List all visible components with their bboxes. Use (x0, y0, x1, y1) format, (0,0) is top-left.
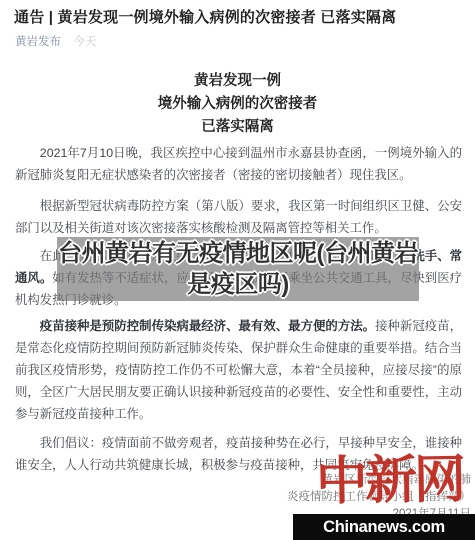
notice-heading-line3: 已落实隔离 (0, 116, 475, 139)
notice-heading: 黄岩发现一例 境外输入病例的次密接者 已落实隔离 (0, 70, 475, 139)
notice-heading-line2: 境外输入病例的次密接者 (0, 93, 475, 116)
paragraph-case-report: 2021年7月10日晚，我区疾控中心接到温州市永嘉县协查函，一例境外输入的新冠肺… (15, 142, 462, 186)
paragraph-vaccination: 疫苗接种是预防控制传染病最经济、最有效、最方便的方法。接种新冠疫苗，是常态化疫情… (15, 315, 462, 425)
overlay-text-line1: 台州黄岩有无疫情地区呢(台州黄岩 (58, 238, 418, 269)
vaccination-lead-bold: 疫苗接种是预防控制传染病最经济、最有效、最方便的方法。 (40, 319, 375, 333)
account-name-link[interactable]: 黄岩发布 (15, 36, 61, 48)
chinanews-logo: 中新网 (316, 453, 464, 512)
chinanews-footer-bar: Chinanews.com (293, 514, 475, 540)
chinanews-site-label: Chinanews.com (323, 518, 445, 537)
publish-time: 今天 (73, 36, 96, 48)
byline: 黄岩发布 今天 (15, 35, 96, 49)
article-page: 通告 | 黄岩发现一例境外输入病例的次密接者 已落实隔离 黄岩发布 今天 黄岩发… (0, 0, 475, 540)
article-title: 通告 | 黄岩发现一例境外输入病例的次密接者 已落实隔离 (14, 7, 463, 29)
vaccination-text: 接种新冠疫苗，是常态化疫情防控期间预防新冠肺炎传染、保护群众生命健康的重要举措。… (15, 319, 462, 421)
notice-heading-line1: 黄岩发现一例 (0, 70, 475, 93)
paragraph-response-measures: 根据新型冠状病毒防控方案（第八版）要求，我区第一时间组织区卫健、公安部门以及相关… (15, 195, 462, 239)
overlay-text-line2: 是疫区吗) (187, 269, 289, 300)
seo-watermark-overlay: 台州黄岩有无疫情地区呢(台州黄岩 是疫区吗) (57, 237, 419, 301)
